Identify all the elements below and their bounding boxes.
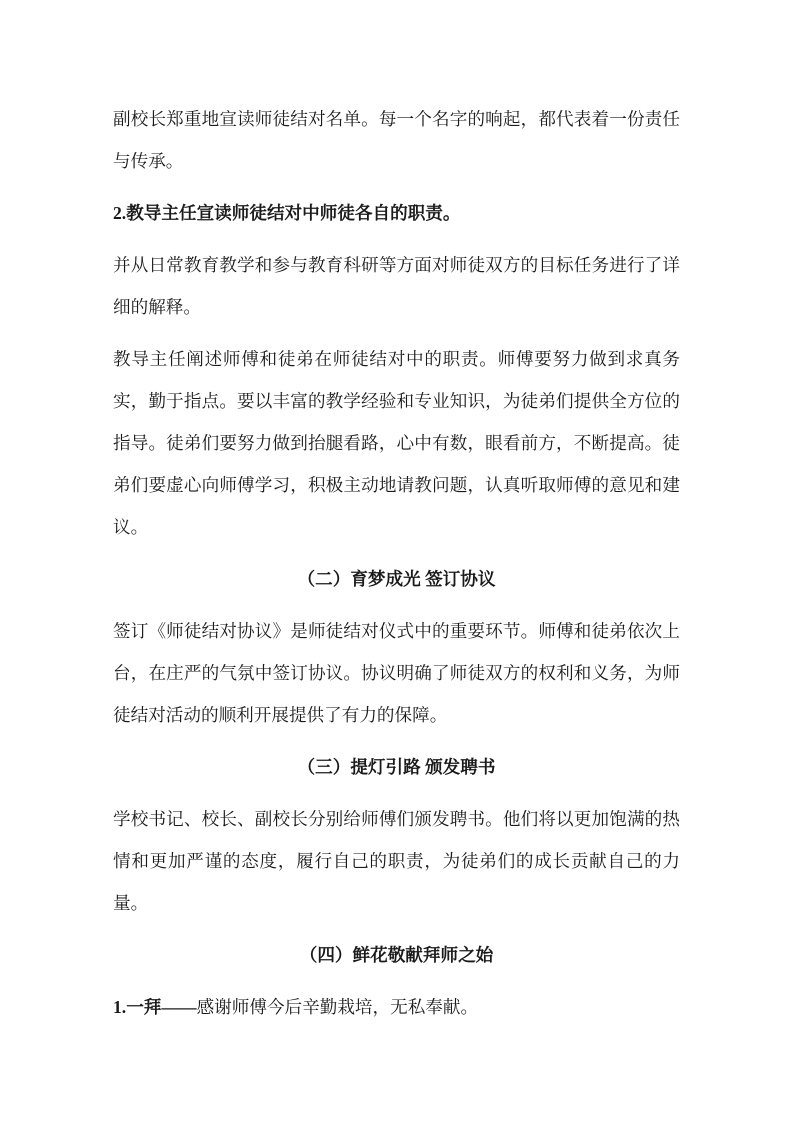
paragraph: 签订《师徒结对协议》是师徒结对仪式中的重要环节。师傅和徒弟依次上台，在庄严的气氛… (113, 610, 680, 736)
document-body: 副校长郑重地宣读师徒结对名单。每一个名字的响起，都代表着一份责任与传承。2.教导… (113, 0, 680, 1038)
section-heading: （四）鲜花敬献拜师之始 (113, 934, 680, 976)
paragraph: 副校长郑重地宣读师徒结对名单。每一个名字的响起，都代表着一份责任与传承。 (113, 98, 680, 182)
document-page: 副校长郑重地宣读师徒结对名单。每一个名字的响起，都代表着一份责任与传承。2.教导… (0, 0, 793, 1122)
numbered-heading: 2.教导主任宣读师徒结对中师徒各自的职责。 (113, 192, 680, 234)
bold-lead: 1.一拜—— (113, 997, 197, 1017)
paragraph: 学校书记、校长、副校长分别给师傅们颁发聘书。他们将以更加饱满的热情和更加严谨的态… (113, 798, 680, 924)
paragraph: 并从日常教育教学和参与教育科研等方面对师徒双方的目标任务进行了详细的解释。 (113, 244, 680, 328)
section-heading: （三）提灯引路 颁发聘书 (113, 746, 680, 788)
paragraph: 教导主任阐述师傅和徒弟在师徒结对中的职责。师傅要努力做到求真务实，勤于指点。要以… (113, 338, 680, 548)
section-heading: （二）育梦成光 签订协议 (113, 558, 680, 600)
paragraph: 1.一拜——感谢师傅今后辛勤栽培，无私奉献。 (113, 986, 680, 1028)
